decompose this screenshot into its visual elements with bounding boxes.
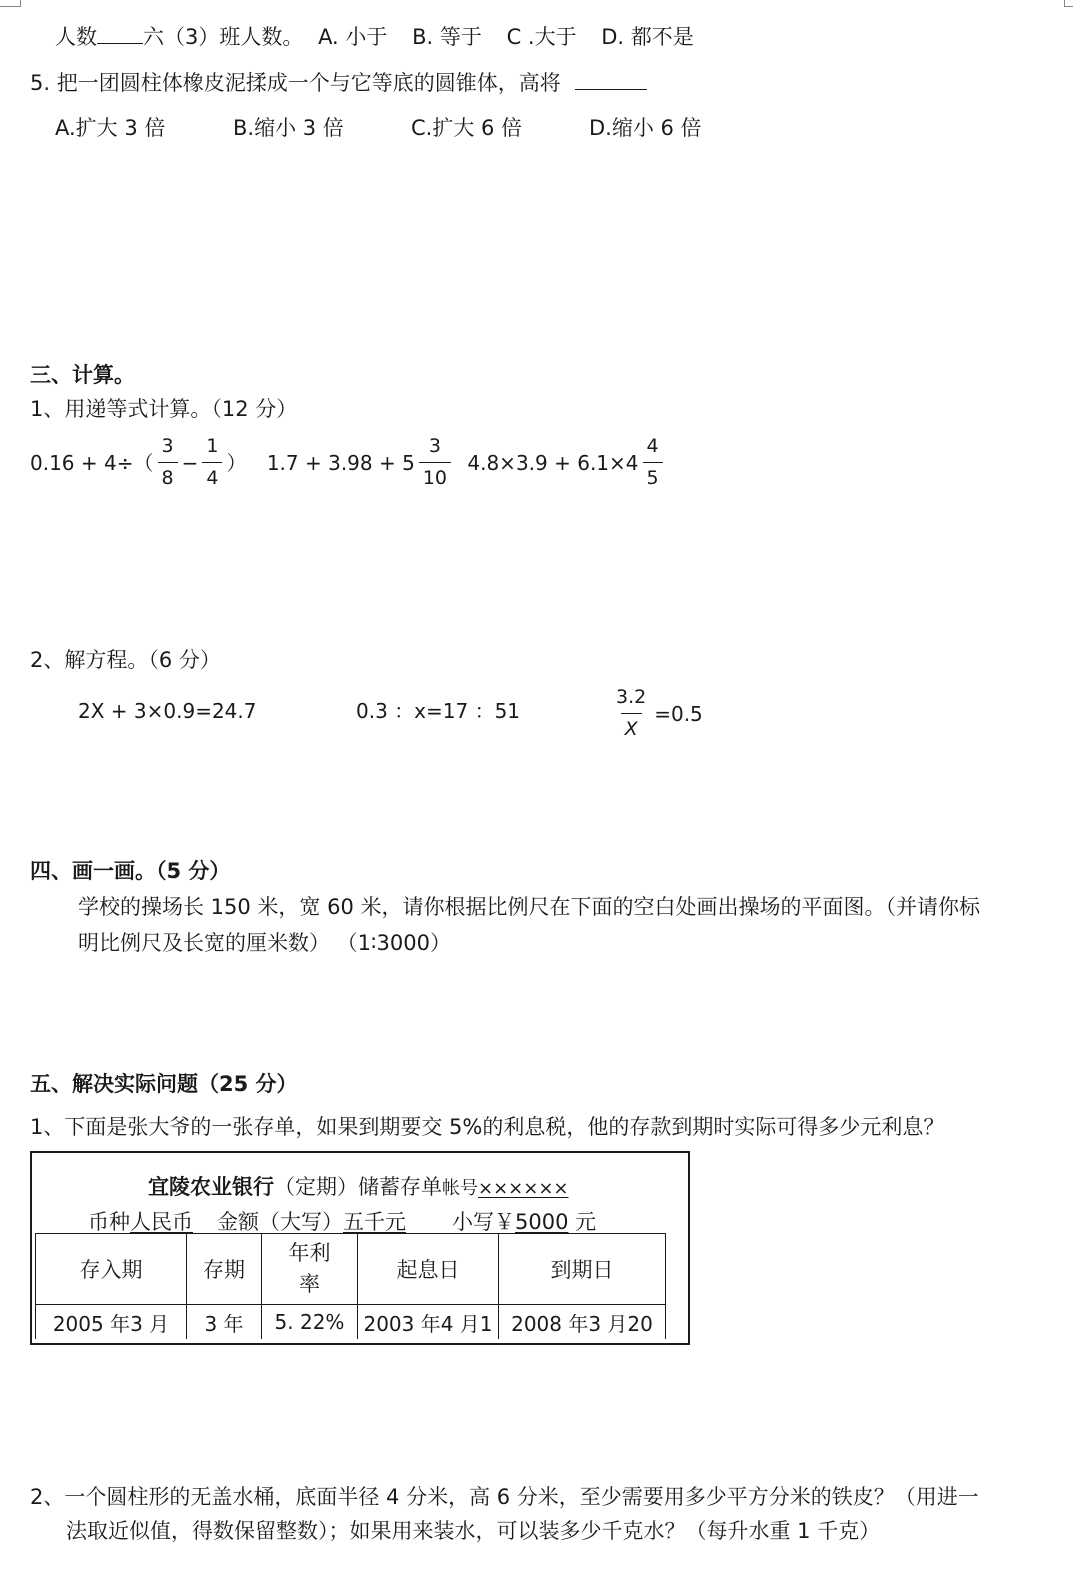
numerator: 3.2: [612, 688, 650, 713]
currency-value: 人民币: [130, 1210, 193, 1234]
table-header-row: 存入期 存期 年利率 起息日 到期日: [36, 1234, 666, 1305]
denominator: 10: [419, 462, 451, 488]
fraction: 38: [158, 437, 178, 488]
header-cell: 起息日: [358, 1234, 499, 1305]
q5-option-d: D.缩小 6 倍: [589, 116, 702, 140]
q5-option-c: C.扩大 6 倍: [411, 118, 589, 139]
q5-options: A.扩大 3 倍B.缩小 3 倍C.扩大 6 倍D.缩小 6 倍: [55, 118, 702, 139]
q5-text: 5. 把一团圆柱体橡皮泥揉成一个与它等底的圆锥体，高将: [30, 71, 561, 95]
currency-label: 币种: [88, 1210, 130, 1234]
header-cell: 存入期: [36, 1234, 187, 1305]
small-amount-label: 小写￥: [452, 1210, 515, 1234]
q5-option-a: A.扩大 3 倍: [55, 118, 233, 139]
table-cell: 5. 22%: [262, 1305, 358, 1340]
numerator: 3: [158, 437, 178, 462]
crop-mark-top-left: [0, 0, 21, 7]
section4-line2: 明比例尺及长宽的厘米数） （1∶3000）: [78, 933, 451, 954]
section5-title: 五、解决实际问题（25 分）: [30, 1074, 298, 1095]
header-cell-rate: 年利率: [262, 1234, 358, 1305]
table-row: 2005 年3 月 3 年 5. 22% 2003 年4 月1 2008 年3 …: [36, 1305, 666, 1340]
q4-option-d: D. 都不是: [601, 25, 694, 49]
section5-q2-line2: 法取近似值，得数保留整数）；如果用来装水，可以装多少千克水？（每升水重 1 千克…: [66, 1521, 880, 1542]
q4-continued-line: 人数六（3）班人数。 A. 小于 B. 等于 C .大于 D. 都不是: [55, 27, 694, 48]
calc-expr-2: 1.7 + 3.98 + 5 310: [267, 437, 455, 488]
section3-title: 三、计算。: [30, 365, 135, 386]
minus-sign: −: [182, 453, 199, 473]
deposit-title: 宜陵农业银行（定期）储蓄存单帐号××××××: [32, 1171, 808, 1201]
small-amount-unit: 元: [575, 1210, 596, 1234]
numerator: 1: [202, 437, 222, 462]
answer-blank[interactable]: [97, 41, 143, 44]
section5-q1: 1、下面是张大爷的一张存单，如果到期要交 5%的利息税，他的存款到期时实际可得多…: [30, 1117, 944, 1138]
crop-mark-top-right: [1064, 0, 1073, 7]
equation-rest: =0.5: [654, 704, 703, 724]
deposit-table: 存入期 存期 年利率 起息日 到期日 2005 年3 月 3 年 5. 22% …: [35, 1233, 666, 1339]
header-text: 率: [299, 1272, 320, 1296]
section5-q2-line1: 2、一个圆柱形的无盖水桶，底面半径 4 分米，高 6 分米，至少需要用多少平方分…: [30, 1487, 979, 1508]
q4-suffix: 六（3）班人数。: [143, 25, 303, 49]
section3-sub1-title: 1、用递等式计算。（12 分）: [30, 399, 297, 420]
expr-text: 0.16 + 4÷（: [30, 453, 154, 473]
section3-sub2-title: 2、解方程。（6 分）: [30, 650, 221, 671]
q4-option-b: B. 等于: [412, 25, 482, 49]
q4-option-c: C .大于: [507, 25, 577, 49]
table-cell: 2005 年3 月: [36, 1305, 187, 1340]
denominator: 4: [202, 462, 222, 488]
expr-text: 1.7 + 3.98 + 5: [267, 453, 415, 473]
section4-line1: 学校的操场长 150 米，宽 60 米，请你根据比例尺在下面的空白处画出操场的平…: [78, 897, 980, 918]
small-amount-value: 5000: [515, 1210, 568, 1234]
table-cell: 2003 年4 月1: [358, 1305, 499, 1340]
bank-name: 宜陵农业银行: [148, 1175, 274, 1199]
q5-option-b: B.缩小 3 倍: [233, 118, 411, 139]
q4-prefix: 人数: [55, 25, 97, 49]
calc-expr-3: 4.8×3.9 + 6.1×4 45: [467, 437, 666, 488]
close-paren: ）: [226, 453, 246, 473]
q4-option-a: A. 小于: [318, 25, 387, 49]
q5-question: 5. 把一团圆柱体橡皮泥揉成一个与它等底的圆锥体，高将: [30, 73, 647, 94]
table-cell: 3 年: [187, 1305, 262, 1340]
amount-label: 金额（大写）: [217, 1210, 343, 1234]
fraction: 310: [419, 437, 451, 488]
numerator: 3: [425, 437, 445, 462]
denominator: 5: [643, 462, 663, 488]
denominator: 8: [158, 462, 178, 488]
account-label: 帐号: [442, 1178, 478, 1199]
deposit-info: 币种人民币金额（大写）五千元小写￥5000 元: [88, 1206, 596, 1236]
header-text: 年利: [289, 1241, 331, 1265]
section4-title: 四、画一画。（5 分）: [30, 861, 230, 882]
header-cell: 存期: [187, 1234, 262, 1305]
numerator: 4: [643, 437, 663, 462]
equation-2: 0.3 ：x=17 ：51: [356, 701, 520, 721]
equation-3: 3.2X =0.5: [608, 686, 703, 739]
calc-expressions: 0.16 + 4÷（ 38 − 14 ） 1.7 + 3.98 + 5 310 …: [30, 437, 667, 488]
denominator: X: [621, 713, 642, 739]
deposit-slip: 宜陵农业银行（定期）储蓄存单帐号×××××× 币种人民币金额（大写）五千元小写￥…: [30, 1151, 690, 1345]
expr-text: 4.8×3.9 + 6.1×4: [467, 453, 638, 473]
fraction: 45: [643, 437, 663, 488]
header-cell: 到期日: [499, 1234, 666, 1305]
account-value: ××××××: [478, 1178, 569, 1199]
fraction: 14: [202, 437, 222, 488]
table-cell: 2008 年3 月20: [499, 1305, 666, 1340]
amount-value: 五千元: [343, 1210, 406, 1234]
equation-1: 2X + 3×0.9=24.7: [78, 701, 256, 721]
fraction: 3.2X: [612, 688, 650, 739]
deposit-type: （定期）储蓄存单: [274, 1175, 442, 1199]
calc-expr-1: 0.16 + 4÷（ 38 − 14 ）: [30, 437, 246, 488]
answer-blank[interactable]: [575, 87, 647, 90]
